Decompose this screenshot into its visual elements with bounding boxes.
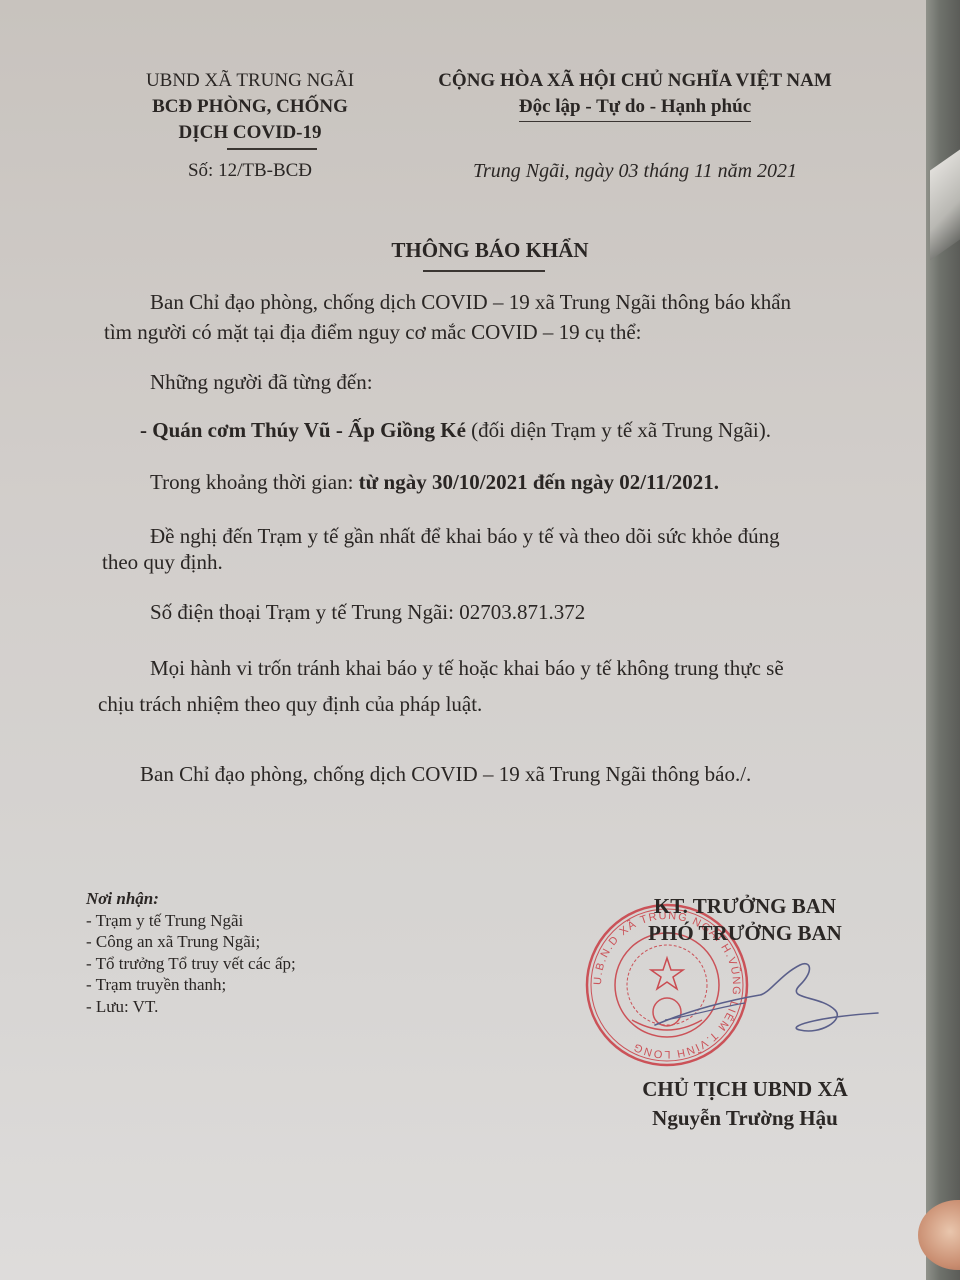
recipient-item: - Trạm y tế Trung Ngãi: [86, 910, 296, 932]
document-title: THÔNG BÁO KHẨN: [100, 238, 880, 263]
national-motto: Độc lập - Tự do - Hạnh phúc: [519, 94, 751, 122]
recipients-heading: Nơi nhận:: [86, 888, 296, 910]
visited-label: Những người đã từng đến:: [150, 370, 373, 395]
period-line: Trong khoảng thời gian: từ ngày 30/10/20…: [150, 470, 719, 495]
agency-name: UBND XÃ TRUNG NGÃI: [100, 68, 400, 94]
warning-line-2: chịu trách nhiệm theo quy định của pháp …: [98, 692, 482, 717]
signatory-title-block: KT. TRƯỞNG BAN PHÓ TRƯỞNG BAN: [600, 893, 890, 947]
place-and-date: Trung Ngãi, ngày 03 tháng 11 năm 2021: [400, 160, 870, 183]
recipient-item: - Trạm truyền thanh;: [86, 974, 296, 996]
location-name: - Quán cơm Thúy Vũ - Ấp Giồng Ké: [140, 418, 466, 442]
intro-line-1: Ban Chỉ đạo phòng, chống dịch COVID – 19…: [150, 290, 791, 315]
document-number: Số: 12/TB-BCĐ: [100, 160, 400, 182]
request-line-1: Đề nghị đến Trạm y tế gần nhất để khai b…: [150, 524, 780, 549]
period-value: từ ngày 30/10/2021 đến ngày 02/11/2021.: [359, 470, 719, 494]
deputy-title: PHÓ TRƯỞNG BAN: [600, 920, 890, 947]
handwritten-signature-icon: [650, 955, 880, 1045]
committee-name-line1: BCĐ PHÒNG, CHỐNG: [100, 94, 400, 120]
phone-line: Số điện thoại Trạm y tế Trung Ngãi: 0270…: [150, 600, 585, 625]
nation-name: CỘNG HÒA XÃ HỘI CHỦ NGHĨA VIỆT NAM: [400, 68, 870, 94]
request-line-2: theo quy định.: [102, 550, 223, 575]
title-underline: [423, 270, 545, 272]
warning-line-1: Mọi hành vi trốn tránh khai báo y tế hoặ…: [150, 656, 784, 681]
national-header-block: CỘNG HÒA XÃ HỘI CHỦ NGHĨA VIỆT NAM Độc l…: [400, 68, 870, 122]
on-behalf-title: KT. TRƯỞNG BAN: [600, 893, 890, 920]
signatory-name: Nguyễn Trường Hậu: [600, 1104, 890, 1133]
period-label: Trong khoảng thời gian:: [150, 470, 359, 494]
committee-name-line2: DỊCH COVID-19: [100, 120, 400, 146]
recipient-item: - Lưu: VT.: [86, 996, 296, 1018]
closing-line: Ban Chỉ đạo phòng, chống dịch COVID – 19…: [140, 762, 751, 787]
signatory-position: CHỦ TỊCH UBND XÃ: [600, 1075, 890, 1104]
intro-line-2: tìm người có mặt tại địa điểm nguy cơ mắ…: [104, 320, 641, 345]
location-note: (đối diện Trạm y tế xã Trung Ngãi).: [466, 418, 771, 442]
issuing-agency-block: UBND XÃ TRUNG NGÃI BCĐ PHÒNG, CHỐNG DỊCH…: [100, 68, 400, 150]
agency-underline: [227, 148, 317, 150]
location-line: - Quán cơm Thúy Vũ - Ấp Giồng Ké (đối di…: [140, 418, 771, 443]
signatory-block: CHỦ TỊCH UBND XÃ Nguyễn Trường Hậu: [600, 1075, 890, 1133]
recipient-item: - Công an xã Trung Ngãi;: [86, 931, 296, 953]
recipients-list: Nơi nhận: - Trạm y tế Trung Ngãi - Công …: [86, 888, 296, 1017]
recipient-item: - Tổ trưởng Tổ truy vết các ấp;: [86, 953, 296, 975]
